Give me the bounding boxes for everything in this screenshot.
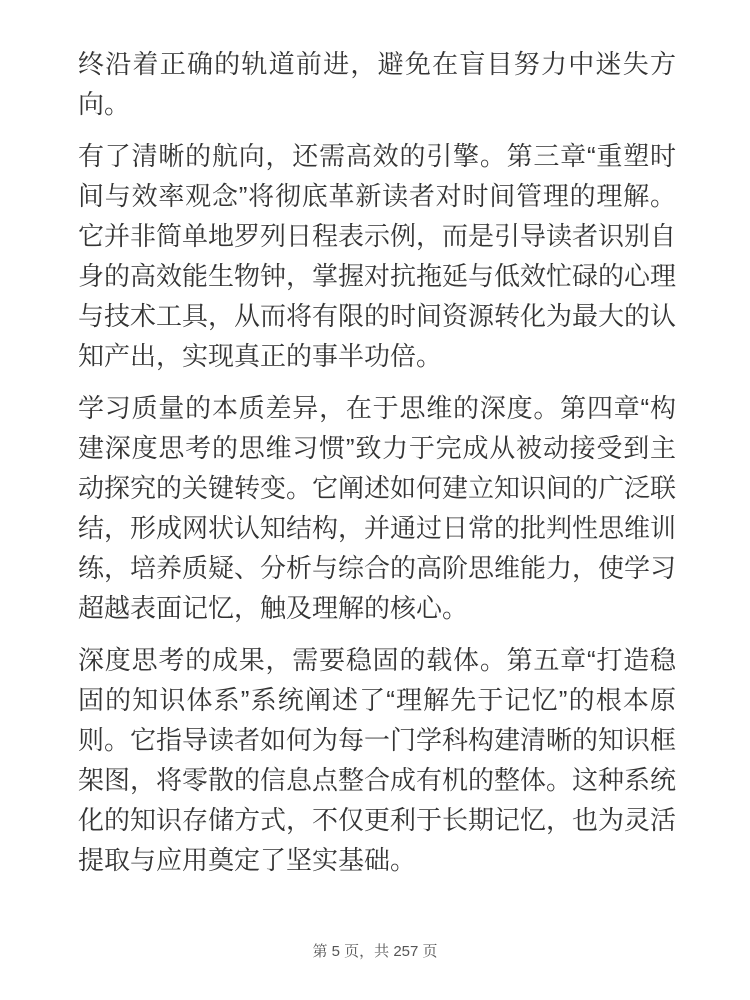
paragraph: 学习质量的本质差异，在于思维的深度。第四章“构建深度思考的思维习惯”致力于完成从… [78, 388, 676, 628]
page-content: 终沿着正确的轨道前进，避免在盲目努力中迷失方向。 有了清晰的航向，还需高效的引擎… [78, 44, 676, 892]
page-footer: 第 5 页，共 257 页 [0, 941, 750, 963]
paragraph: 深度思考的成果，需要稳固的载体。第五章“打造稳固的知识体系”系统阐述了“理解先于… [78, 640, 676, 880]
page-indicator: 第 5 页，共 257 页 [312, 943, 437, 960]
paragraph: 终沿着正确的轨道前进，避免在盲目努力中迷失方向。 [78, 44, 676, 124]
document-page: 终沿着正确的轨道前进，避免在盲目努力中迷失方向。 有了清晰的航向，还需高效的引擎… [0, 0, 750, 1000]
paragraph: 有了清晰的航向，还需高效的引擎。第三章“重塑时间与效率观念”将彻底革新读者对时间… [78, 136, 676, 376]
